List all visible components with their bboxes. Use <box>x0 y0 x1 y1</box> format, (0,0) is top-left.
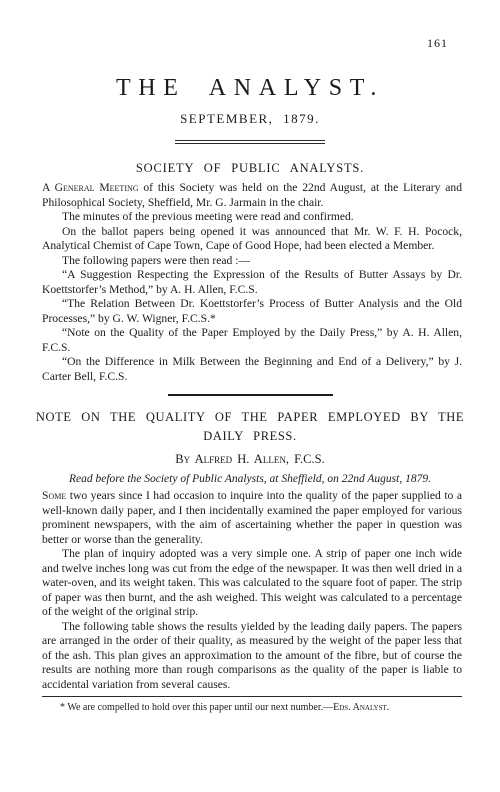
paper-title-item: “A Suggestion Respecting the Expression … <box>42 268 462 297</box>
article-p1-rest: two years since I had occasion to inquir… <box>42 489 462 546</box>
paragraph-ballot: On the ballot papers being opened it was… <box>42 225 462 254</box>
paper-title-item: “Note on the Quality of the Paper Employ… <box>42 326 462 355</box>
paragraph-papers-intro: The following papers were then read :— <box>42 254 462 269</box>
article-title: NOTE ON THE QUALITY OF THE PAPER EMPLOYE… <box>0 408 500 446</box>
paragraph-article-3: The following table shows the results yi… <box>42 620 462 693</box>
journal-page: 161 THE ANALYST. SEPTEMBER, 1879. SOCIET… <box>0 0 500 792</box>
read-before-line: Read before the Society of Public Analys… <box>0 472 500 486</box>
paragraph-minutes: The minutes of the previous meeting were… <box>42 210 462 225</box>
page-number: 161 <box>427 36 448 51</box>
paragraph-article-1: Some two years since I had occasion to i… <box>42 489 462 547</box>
article-p1-smallcaps: Some <box>42 489 66 502</box>
footnote-rule <box>42 696 462 697</box>
society-section-body: A General Meeting of this Society was he… <box>42 181 462 384</box>
article-body: Some two years since I had occasion to i… <box>42 489 462 692</box>
journal-title: THE ANALYST. <box>0 74 500 102</box>
paper-title-item: “The Relation Between Dr. Koettstorfer’s… <box>42 297 462 326</box>
article-title-line1: NOTE ON THE QUALITY OF THE PAPER EMPLOYE… <box>0 408 500 427</box>
society-section-heading: SOCIETY OF PUBLIC ANALYSTS. <box>0 161 500 176</box>
double-rule-divider <box>175 140 325 144</box>
footnote: * We are compelled to hold over this pap… <box>42 701 462 714</box>
paper-title-item: “On the Difference in Milk Between the B… <box>42 355 462 384</box>
paragraph-meeting-intro: A General Meeting of this Society was he… <box>42 181 462 210</box>
footnote-text: * We are compelled to hold over this pap… <box>60 702 333 713</box>
meeting-intro-smallcaps: General Meeting <box>55 181 139 194</box>
footnote-attribution: Eds. Analyst. <box>333 702 389 713</box>
issue-date: SEPTEMBER, 1879. <box>0 111 500 126</box>
section-divider-rule <box>168 394 333 396</box>
article-byline: By Alfred H. Allen, F.C.S. <box>0 452 500 467</box>
article-title-line2: DAILY PRESS. <box>0 427 500 446</box>
meeting-intro-lead: A <box>42 181 55 194</box>
paragraph-article-2: The plan of inquiry adopted was a very s… <box>42 547 462 620</box>
